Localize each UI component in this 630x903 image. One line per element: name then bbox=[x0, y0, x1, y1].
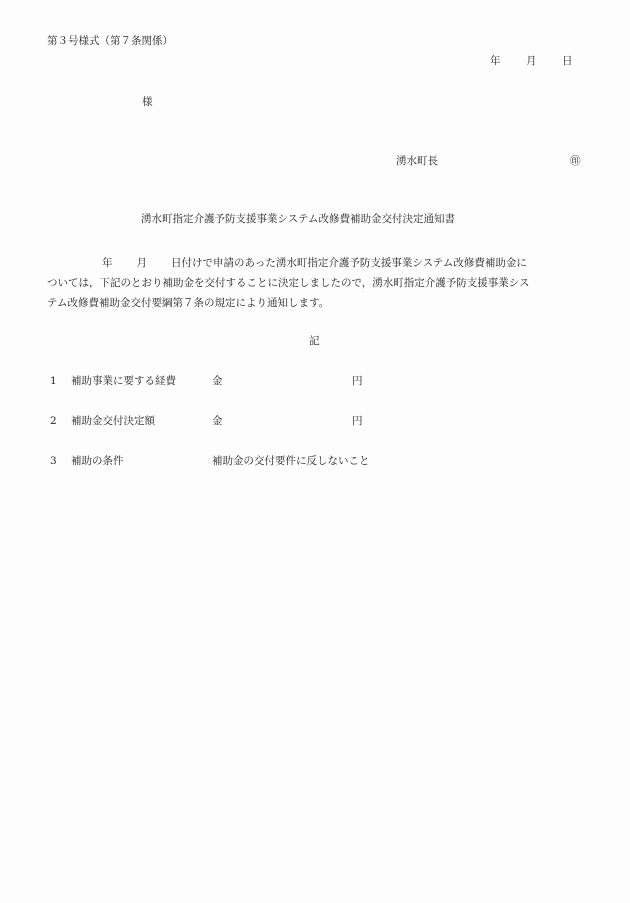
item-condition-value: 補助金の交付要件に反しないこと bbox=[212, 454, 370, 468]
body-month-label: 月 bbox=[137, 257, 148, 269]
item-amount-suffix: 円 bbox=[352, 414, 363, 428]
ki-heading: 記 bbox=[309, 334, 320, 348]
date-month-label: 月 bbox=[526, 54, 537, 68]
body-line-1: 年月日付けで申請のあった湧水町指定介護予防支援事業システム改修費補助金に bbox=[47, 253, 587, 273]
list-item: 3 補助の条件 補助金の交付要件に反しないこと bbox=[0, 454, 630, 468]
list-item: 2 補助金交付決定額 金 円 bbox=[0, 414, 630, 428]
body-year-label: 年 bbox=[102, 257, 113, 269]
document-title: 湧水町指定介護予防支援事業システム改修費補助金交付決定通知書 bbox=[141, 212, 455, 226]
item-amount-suffix: 円 bbox=[352, 374, 363, 388]
item-label: 補助事業に要する経費 bbox=[71, 374, 176, 388]
item-label: 補助金交付決定額 bbox=[71, 414, 155, 428]
list-item: 1 補助事業に要する経費 金 円 bbox=[0, 374, 630, 388]
item-amount-prefix: 金 bbox=[212, 374, 223, 388]
body-line-2: ついては，下記のとおり補助金を交付することに決定しましたので，湧水町指定介護予防… bbox=[47, 273, 587, 293]
seal-icon: ㊞ bbox=[570, 154, 581, 168]
addressee-suffix: 様 bbox=[142, 95, 153, 109]
item-number: 2 bbox=[50, 414, 57, 428]
date-day-label: 日 bbox=[562, 54, 573, 68]
item-number: 3 bbox=[50, 454, 57, 468]
item-number: 1 bbox=[50, 374, 57, 388]
body-line-1-text: 日付けで申請のあった湧水町指定介護予防支援事業システム改修費補助金に bbox=[171, 257, 527, 269]
item-label: 補助の条件 bbox=[71, 454, 124, 468]
body-paragraph: 年月日付けで申請のあった湧水町指定介護予防支援事業システム改修費補助金に ついて… bbox=[47, 253, 587, 313]
body-line-3: テム改修費補助金交付要綱第７条の規定により通知します。 bbox=[47, 293, 587, 313]
form-number: 第３号様式（第７条関係） bbox=[47, 34, 173, 48]
issuer-name: 湧水町長 bbox=[396, 154, 438, 168]
date-year-label: 年 bbox=[490, 54, 501, 68]
item-amount-prefix: 金 bbox=[212, 414, 223, 428]
